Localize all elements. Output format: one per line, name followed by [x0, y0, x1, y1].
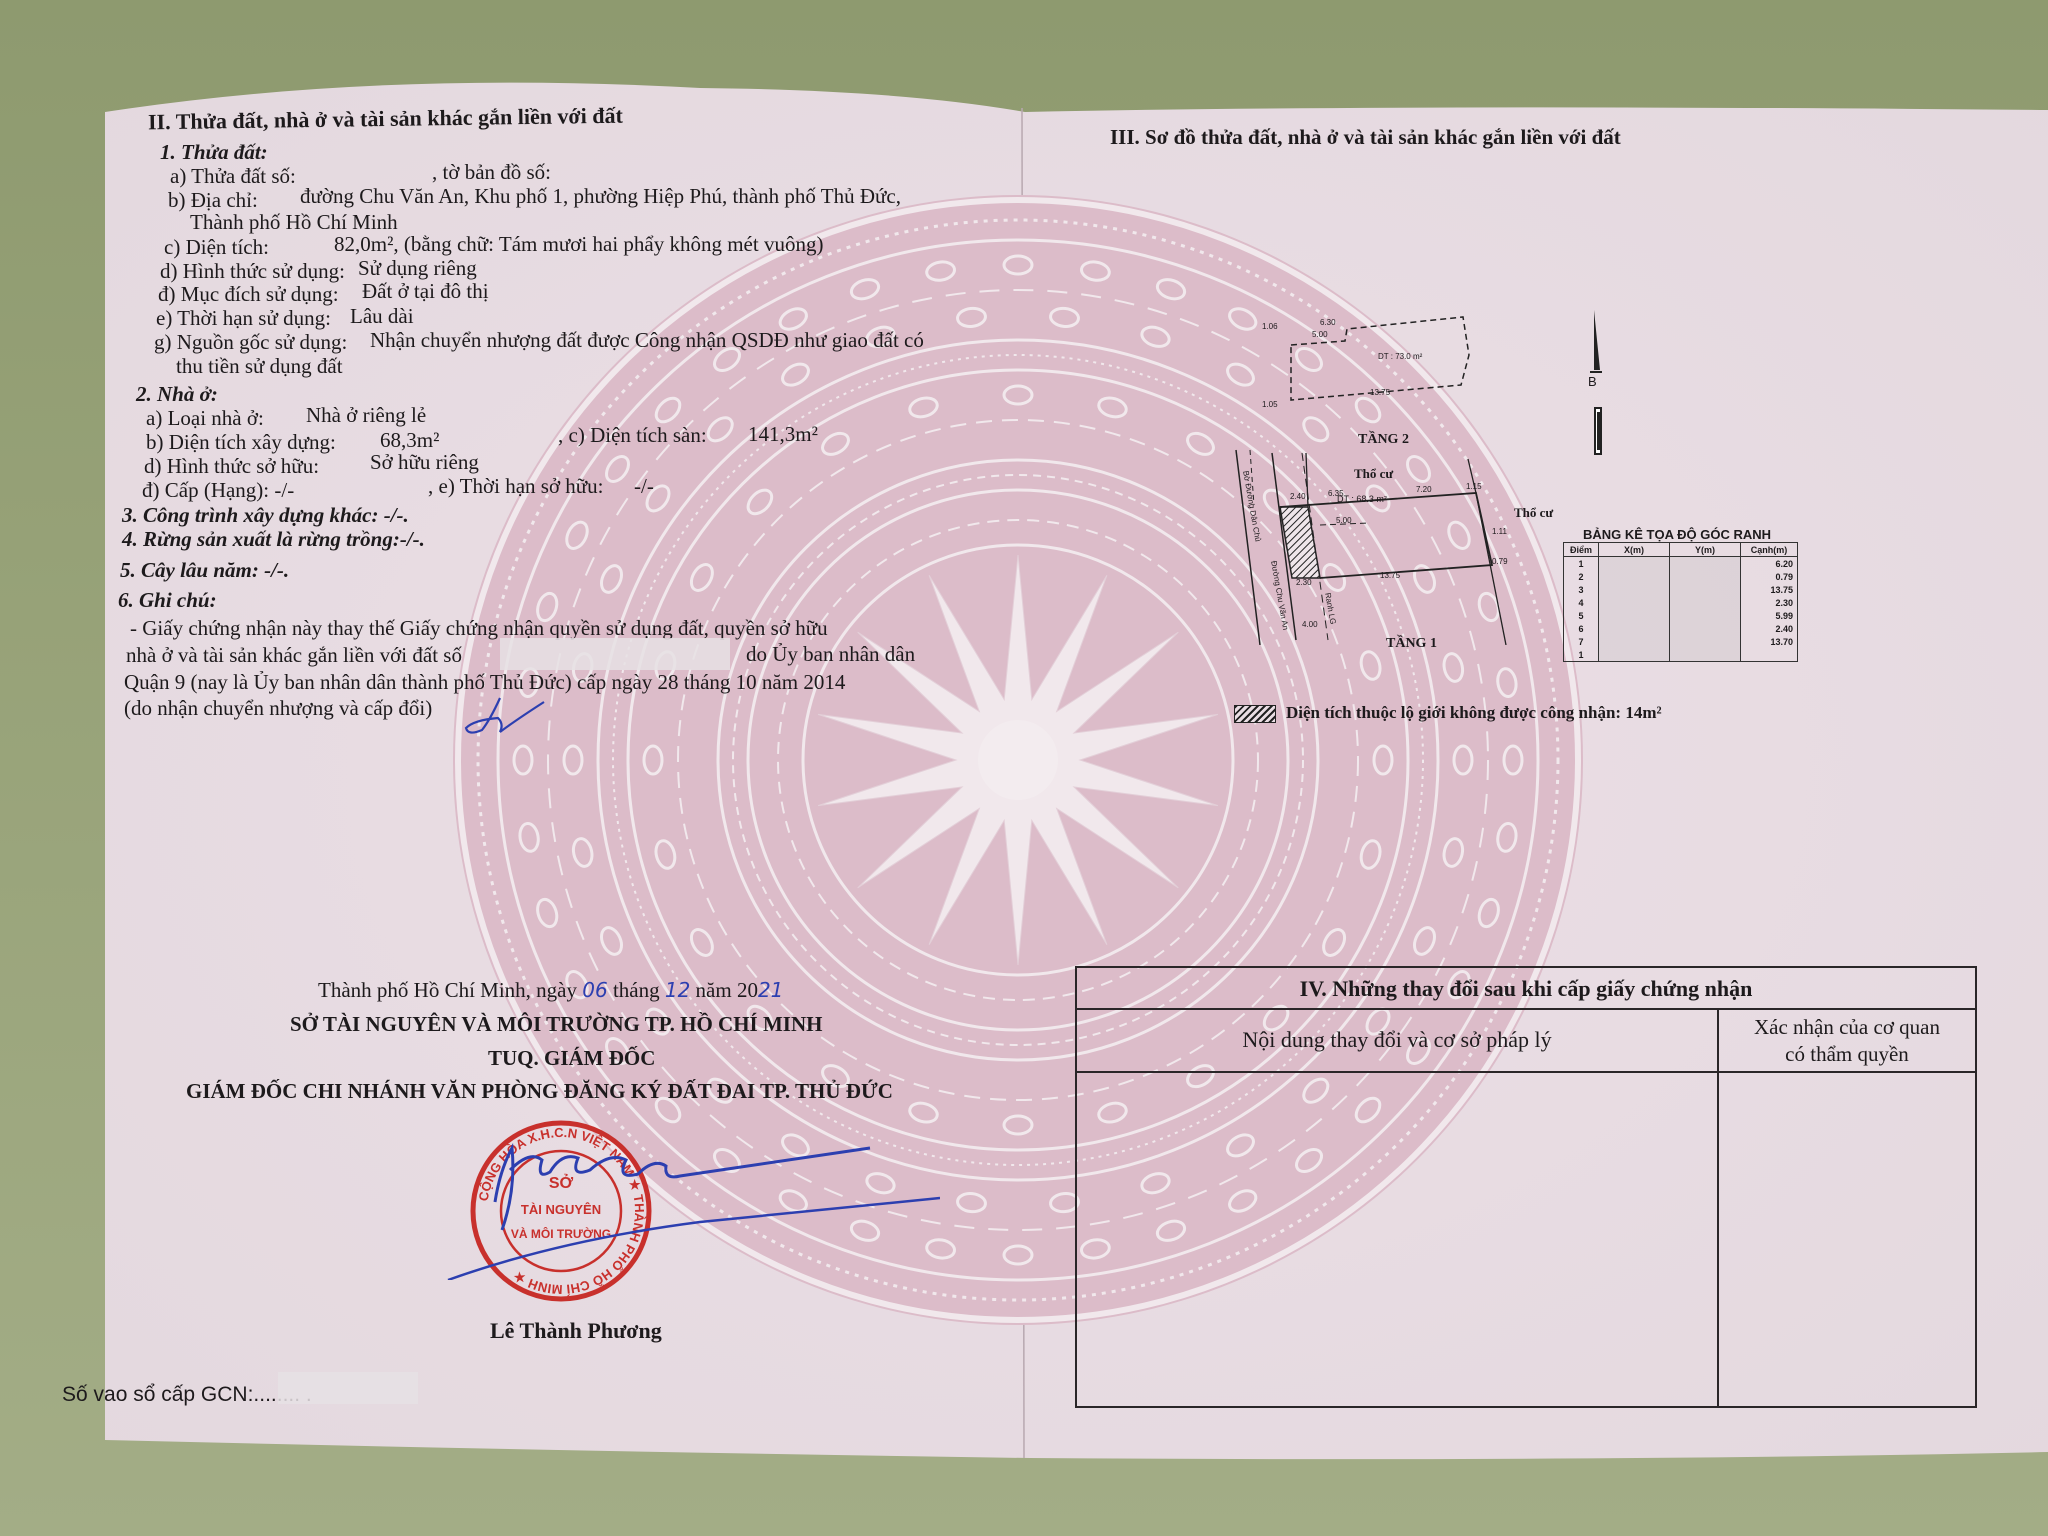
coord-cell-x: [1599, 622, 1670, 635]
coord-cell-x: [1599, 609, 1670, 622]
coord-row: 713.70: [1564, 635, 1798, 648]
floor2-dim-a: 1.06: [1262, 322, 1278, 331]
coord-cell-y: [1670, 570, 1741, 583]
coord-cell-y: [1670, 596, 1741, 609]
coord-cell-edge: 13.70: [1741, 635, 1798, 648]
perennial-trees: 5. Cây lâu năm: -/-.: [120, 560, 289, 581]
hatch-legend-swatch: [1234, 705, 1276, 723]
floor2-dim-inset: 5.00: [1312, 330, 1328, 339]
north-label: B: [1588, 374, 1597, 389]
floor2-dim-top: 6.30: [1320, 318, 1336, 327]
usage-term-value: Lâu dài: [350, 306, 414, 327]
coord-cell-edge: 13.75: [1741, 583, 1798, 596]
usage-purpose-label: đ) Mục đích sử dụng:: [158, 284, 339, 305]
header-point: Điểm: [1564, 543, 1599, 557]
floor1-dim-top-left: 2.40: [1290, 492, 1306, 501]
coord-row: 313.75: [1564, 583, 1798, 596]
origin-value: Nhận chuyển nhượng đất được Công nhận QS…: [370, 330, 924, 351]
certificate-document: II. Thửa đất, nhà ở và tài sản khác gắn …: [0, 0, 2048, 1536]
coord-cell-y: [1670, 557, 1741, 571]
coord-cell-point: 1: [1564, 648, 1599, 662]
legend-text: Diện tích thuộc lộ giới không được công …: [1286, 704, 1662, 721]
area-label: c) Diện tích:: [164, 237, 269, 258]
floor2-dim-bottom: 13.75: [1370, 388, 1390, 397]
ownership-label: d) Hình thức sở hữu:: [144, 456, 319, 477]
parcel-number-label: a) Thửa đất số:: [170, 166, 296, 187]
floor1-dim-top-mid: 6.35: [1328, 489, 1344, 498]
area-value: 82,0m², (bằng chữ: Tám mươi hai phẩy khô…: [334, 234, 823, 255]
notes-heading: 6. Ghi chú:: [118, 590, 217, 611]
issuing-agency: SỞ TÀI NGUYÊN VÀ MÔI TRƯỜNG TP. HỒ CHÍ M…: [290, 1014, 822, 1035]
coord-table-title: BẢNG KÊ TỌA ĐỘ GÓC RANH: [1583, 527, 1771, 542]
section-4-heading: IV. Những thay đổi sau khi cấp giấy chứn…: [1077, 968, 1975, 1010]
coord-cell-edge: 0.79: [1741, 570, 1798, 583]
coord-row: 1: [1564, 648, 1798, 662]
issue-month: 12: [665, 978, 690, 1002]
floor-area-value: 141,3m²: [748, 424, 818, 445]
coord-cell-point: 6: [1564, 622, 1599, 635]
floor1-area: DT : 68.3 m²: [1337, 494, 1387, 504]
redacted-certificate-number: [500, 638, 730, 670]
house-type-value: Nhà ở riêng lẻ: [306, 405, 426, 426]
coord-cell-edge: 2.30: [1741, 596, 1798, 609]
house-heading: 2. Nhà ở:: [136, 384, 218, 405]
build-area-label: b) Diện tích xây dựng:: [146, 432, 336, 453]
floor1-title: TẦNG 1: [1386, 636, 1437, 652]
confirmation-column-header: Xác nhận của cơ quan có thẩm quyền: [1717, 1008, 1975, 1073]
changes-content-cell: [1077, 1073, 1717, 1406]
coord-cell-x: [1599, 583, 1670, 596]
header-x: X(m): [1599, 543, 1670, 557]
notes-line-4: (do nhận chuyển nhượng và cấp đổi): [124, 698, 432, 719]
place-date: Thành phố Hồ Chí Minh, ngày 06 tháng 12 …: [318, 980, 783, 1001]
coord-row: 16.20: [1564, 557, 1798, 571]
usage-form-value: Sử dụng riêng: [358, 258, 477, 279]
floor1-dim-inset: 5.00: [1336, 516, 1352, 525]
coord-cell-edge: 6.20: [1741, 557, 1798, 571]
director-signature: [440, 1130, 940, 1280]
coord-cell-x: [1599, 570, 1670, 583]
ownership-term-label: , e) Thời hạn sở hữu:: [428, 476, 604, 497]
issue-day: 06: [582, 978, 607, 1002]
address-value: đường Chu Văn An, Khu phố 1, phường Hiệp…: [300, 186, 901, 207]
build-area-value: 68,3m²: [380, 430, 439, 451]
on-behalf-title: TUQ. GIÁM ĐỐC: [488, 1048, 655, 1069]
floor1-dim-road: 4.00: [1302, 620, 1318, 629]
map-sheet-label: , tờ bản đồ số:: [432, 162, 551, 183]
usage-form-label: d) Hình thức sử dụng:: [160, 261, 345, 282]
coord-row: 20.79: [1564, 570, 1798, 583]
header-y: Y(m): [1670, 543, 1741, 557]
other-constructions: 3. Công trình xây dựng khác: -/-.: [122, 505, 409, 526]
coord-row: 42.30: [1564, 596, 1798, 609]
coord-cell-point: 7: [1564, 635, 1599, 648]
production-forest: 4. Rừng sản xuất là rừng trồng:-/-.: [122, 529, 425, 550]
floor2-dim-b: 1.05: [1262, 400, 1278, 409]
coord-cell-point: 5: [1564, 609, 1599, 622]
origin-label: g) Nguồn gốc sử dụng:: [154, 332, 347, 353]
address-label: b) Địa chỉ:: [168, 190, 258, 211]
coord-cell-edge: 5.99: [1741, 609, 1798, 622]
floor1-dim-pt3: 0.79: [1492, 557, 1508, 566]
initials-signature: [460, 690, 560, 740]
floor1-dim-corner: 1.15: [1466, 482, 1482, 491]
coord-cell-y: [1670, 583, 1741, 596]
redacted-registry-number: [278, 1372, 418, 1404]
floor2-area: DT : 73.0 m²: [1378, 352, 1422, 361]
notes-line-2b: do Ủy ban nhân dân: [746, 644, 915, 665]
coord-cell-point: 1: [1564, 557, 1599, 571]
floor-area-label: , c) Diện tích sàn:: [558, 425, 707, 446]
coord-cell-y: [1670, 609, 1741, 622]
ownership-value: Sở hữu riêng: [370, 452, 479, 473]
origin-value-line2: thu tiền sử dụng đất: [176, 356, 343, 377]
floor1-dim-bottom-left: 2.30: [1296, 578, 1312, 587]
signer-title: GIÁM ĐỐC CHI NHÁNH VĂN PHÒNG ĐĂNG KÝ ĐẤT…: [186, 1081, 893, 1102]
section-3-heading: III. Sơ đồ thửa đất, nhà ở và tài sản kh…: [1110, 127, 1621, 148]
coord-cell-x: [1599, 557, 1670, 571]
notes-line-1: - Giấy chứng nhận này thay thế Giấy chứn…: [130, 618, 828, 639]
signer-name: Lê Thành Phương: [490, 1320, 662, 1342]
coord-cell-point: 3: [1564, 583, 1599, 596]
changes-column-header: Nội dung thay đổi và cơ sở pháp lý: [1077, 1008, 1717, 1073]
header-edge: Cạnh(m): [1741, 543, 1798, 557]
coord-cell-y: [1670, 648, 1741, 662]
house-type-label: a) Loại nhà ở:: [146, 408, 264, 429]
north-arrow-icon: [1582, 308, 1612, 458]
changes-table: IV. Những thay đổi sau khi cấp giấy chứn…: [1075, 966, 1977, 1408]
floor1-dim-pt2: 1.11: [1492, 527, 1507, 536]
coord-cell-point: 2: [1564, 570, 1599, 583]
land-heading: 1. Thửa đất:: [160, 142, 268, 163]
confirmation-content-cell: [1717, 1073, 1975, 1406]
neighbor-right: Thổ cư: [1514, 505, 1553, 521]
ownership-term-value: -/-: [634, 476, 654, 497]
coord-cell-x: [1599, 596, 1670, 609]
address-value-line2: Thành phố Hồ Chí Minh: [190, 212, 398, 233]
coord-cell-point: 4: [1564, 596, 1599, 609]
issue-year: 21: [758, 978, 783, 1002]
coord-row: 55.99: [1564, 609, 1798, 622]
floor1-dim-top-right: 7.20: [1416, 485, 1432, 494]
registry-number: Số vao sổ cấp GCN:........ .: [62, 1384, 312, 1405]
coord-cell-y: [1670, 635, 1741, 648]
grade-label: đ) Cấp (Hạng): -/-: [142, 480, 294, 501]
neighbor-top: Thổ cư: [1354, 466, 1393, 482]
coord-table: Điểm X(m) Y(m) Cạnh(m) 16.2020.79313.754…: [1563, 542, 1798, 662]
floor1-dim-bottom: 13.75: [1380, 571, 1400, 580]
coord-row: 62.40: [1564, 622, 1798, 635]
usage-purpose-value: Đất ở tại đô thị: [362, 281, 489, 302]
floor2-diagram: [1255, 305, 1485, 415]
coord-cell-x: [1599, 648, 1670, 662]
coord-cell-y: [1670, 622, 1741, 635]
coord-cell-x: [1599, 635, 1670, 648]
coord-cell-edge: 2.40: [1741, 622, 1798, 635]
usage-term-label: e) Thời hạn sử dụng:: [156, 308, 331, 329]
notes-line-2a: nhà ở và tài sản khác gắn liền với đất s…: [126, 645, 462, 666]
coord-cell-edge: [1741, 648, 1798, 662]
